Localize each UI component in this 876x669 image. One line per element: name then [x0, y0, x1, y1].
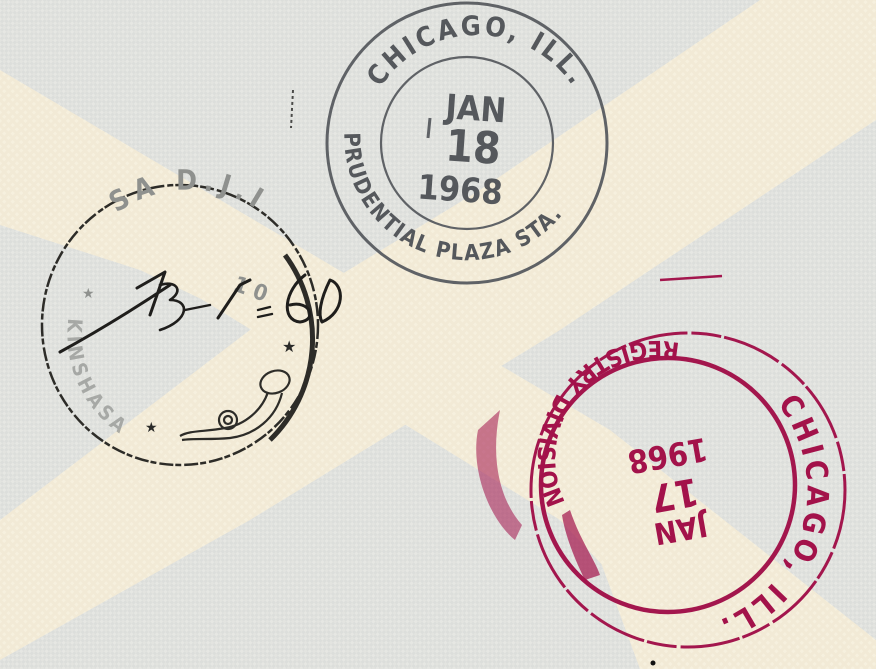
star-icon: ★	[282, 337, 296, 356]
star-icon: ★	[145, 420, 158, 436]
handwritten-date-text: 13-1-68	[0, 0, 4, 1]
postmark-year: 1968	[416, 167, 504, 213]
ink-dot	[651, 661, 656, 666]
postmark-day: 18	[444, 120, 503, 175]
envelope-back-photo: CHICAGO, ILL. PRUDENTIAL PLAZA STA. JAN …	[0, 0, 876, 669]
star-icon: ★	[82, 286, 95, 302]
